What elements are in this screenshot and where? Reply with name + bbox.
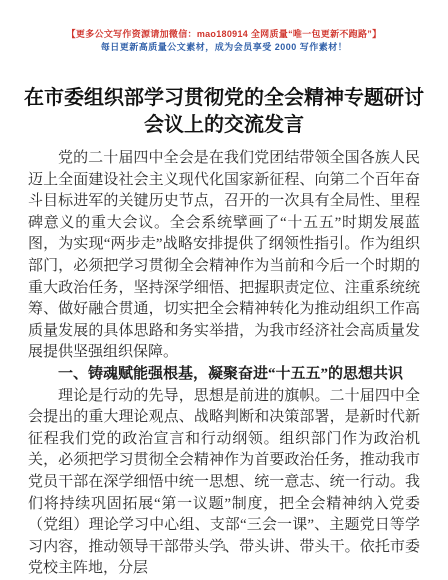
document-title: 在市委组织部学习贯彻党的全会精神专题研讨 会议上的交流发言	[0, 85, 448, 139]
document-title-line-2: 会议上的交流发言	[20, 112, 428, 139]
document-title-line-1: 在市委组织部学习贯彻党的全会精神专题研讨	[20, 85, 428, 112]
document-page: 【更多公文写作资源请加微信：mao180914 全网质量“唯一包更新不跑路”】 …	[0, 0, 448, 580]
document-body: 党的二十届四中全会是在我们党团结带领全国各族人民迈上全面建设社会主义现代化国家新…	[0, 148, 448, 580]
body-paragraph-intro: 党的二十届四中全会是在我们党团结带领全国各族人民迈上全面建设社会主义现代化国家新…	[28, 148, 420, 364]
section-heading-1: 一、铸魂赋能强根基，凝聚奋进“十五五”的思想共识	[28, 364, 420, 386]
ad-watermark-line-blue: 每日更新高质量公文素材，成为会员享受 2000 写作素材！	[0, 41, 448, 54]
page-number: 1	[0, 542, 448, 554]
ad-watermark-line-red: 【更多公文写作资源请加微信：mao180914 全网质量“唯一包更新不跑路”】	[0, 27, 448, 41]
ad-watermark-header: 【更多公文写作资源请加微信：mao180914 全网质量“唯一包更新不跑路”】 …	[0, 0, 448, 54]
